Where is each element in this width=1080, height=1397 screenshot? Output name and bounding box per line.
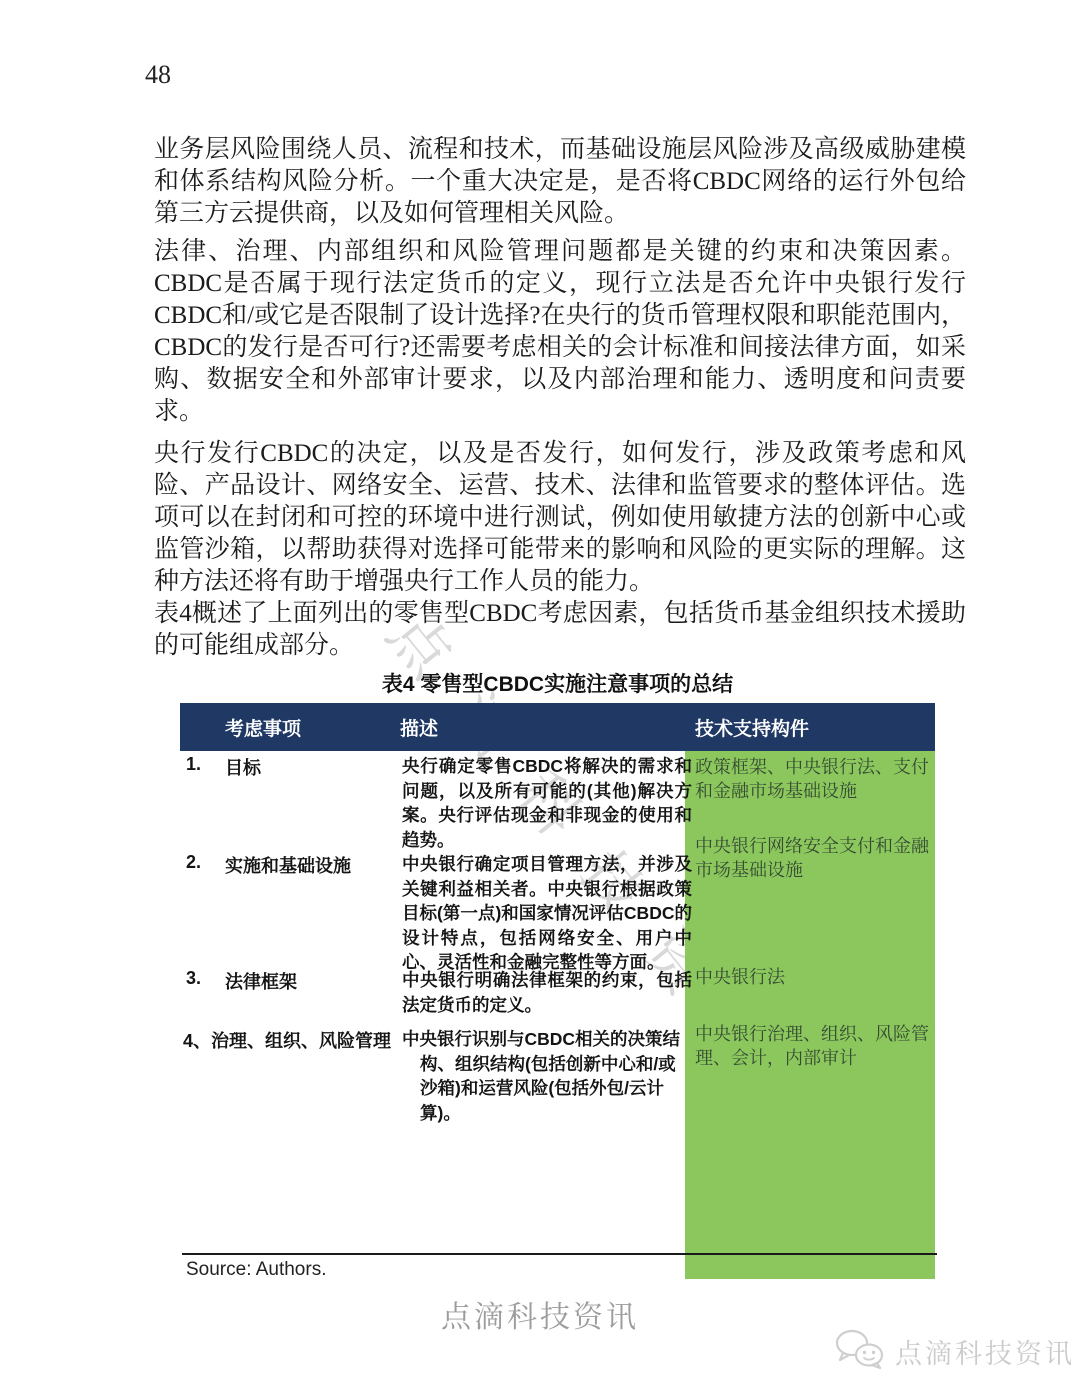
row-item-label: 法律框架 <box>225 968 297 994</box>
document-page: 48 点滴科技资讯 业务层风险围绕人员、流程和技术，而基础设施层风险涉及高级威胁… <box>0 0 1080 1397</box>
table-header-row: 考虑事项 描述 技术支持构件 <box>180 703 935 751</box>
row-description: 中央银行识别与CBDC相关的决策结构、组织结构(包括创新中心和/或沙箱)和运营风… <box>402 1027 692 1125</box>
table-title: 表4 零售型CBDC实施注意事项的总结 <box>180 668 935 698</box>
row-item-label: 治理、组织、风险管理 <box>211 1031 391 1051</box>
corner-watermark: 点滴科技资讯 <box>833 1328 1075 1374</box>
tech-cell-objectives: 政策框架、中央银行法、支付和金融市场基础设施 <box>695 755 929 803</box>
table-header-description: 描述 <box>400 714 438 741</box>
row-number: 1. <box>186 754 201 775</box>
row-description: 中央银行明确法律框架的约束，包括法定货币的定义。 <box>402 968 692 1017</box>
row-number: 3. <box>186 968 201 989</box>
row-item-label: 实施和基础设施 <box>225 852 351 878</box>
paragraph-legal-governance: 法律、治理、内部组织和风险管理问题都是关键的约束和决策因素。CBDC是否属于现行… <box>154 236 966 428</box>
page-number: 48 <box>145 60 171 90</box>
table-bottom-rule <box>182 1253 937 1255</box>
chat-bubbles-logo-icon <box>833 1327 887 1376</box>
row-description: 中央银行确定项目管理方法，并涉及关键利益相关者。中央银行根据政策目标(第一点)和… <box>402 852 692 975</box>
row-number: 4、 <box>183 1031 211 1051</box>
row-item-label: 目标 <box>225 754 261 780</box>
source-note: Source: Authors. <box>186 1259 326 1281</box>
tech-cell-implementation: 中央银行网络安全支付和金融市场基础设施 <box>695 834 929 882</box>
row-description: 央行确定零售CBDC将解决的需求和问题，以及所有可能的(其他)解决方案。央行评估… <box>402 754 692 852</box>
tech-cell-legal: 中央银行法 <box>695 965 929 989</box>
table-header-consideration: 考虑事项 <box>225 714 301 741</box>
paragraph-table4-intro: 表4概述了上面列出的零售型CBDC考虑因素，包括货币基金组织技术援助的可能组成部… <box>154 598 966 662</box>
row-number: 2. <box>186 852 201 873</box>
corner-watermark-text: 点滴科技资讯 <box>895 1332 1075 1371</box>
paragraph-business-risk: 业务层风险围绕人员、流程和技术，而基础设施层风险涉及高级威胁建模和体系结构风险分… <box>154 134 966 230</box>
table-header-tech-components: 技术支持构件 <box>695 714 809 741</box>
tech-cell-governance: 中央银行治理、组织、风险管理、会计，内部审计 <box>695 1022 929 1070</box>
paragraph-cbdc-decision: 央行发行CBDC的决定，以及是否发行，如何发行，涉及政策考虑和风险、产品设计、网… <box>154 438 966 598</box>
tech-components-column: 政策框架、中央银行法、支付和金融市场基础设施 中央银行网络安全支付和金融市场基础… <box>685 751 935 1279</box>
row-number-and-label: 4、治理、组织、风险管理 <box>183 1027 391 1053</box>
